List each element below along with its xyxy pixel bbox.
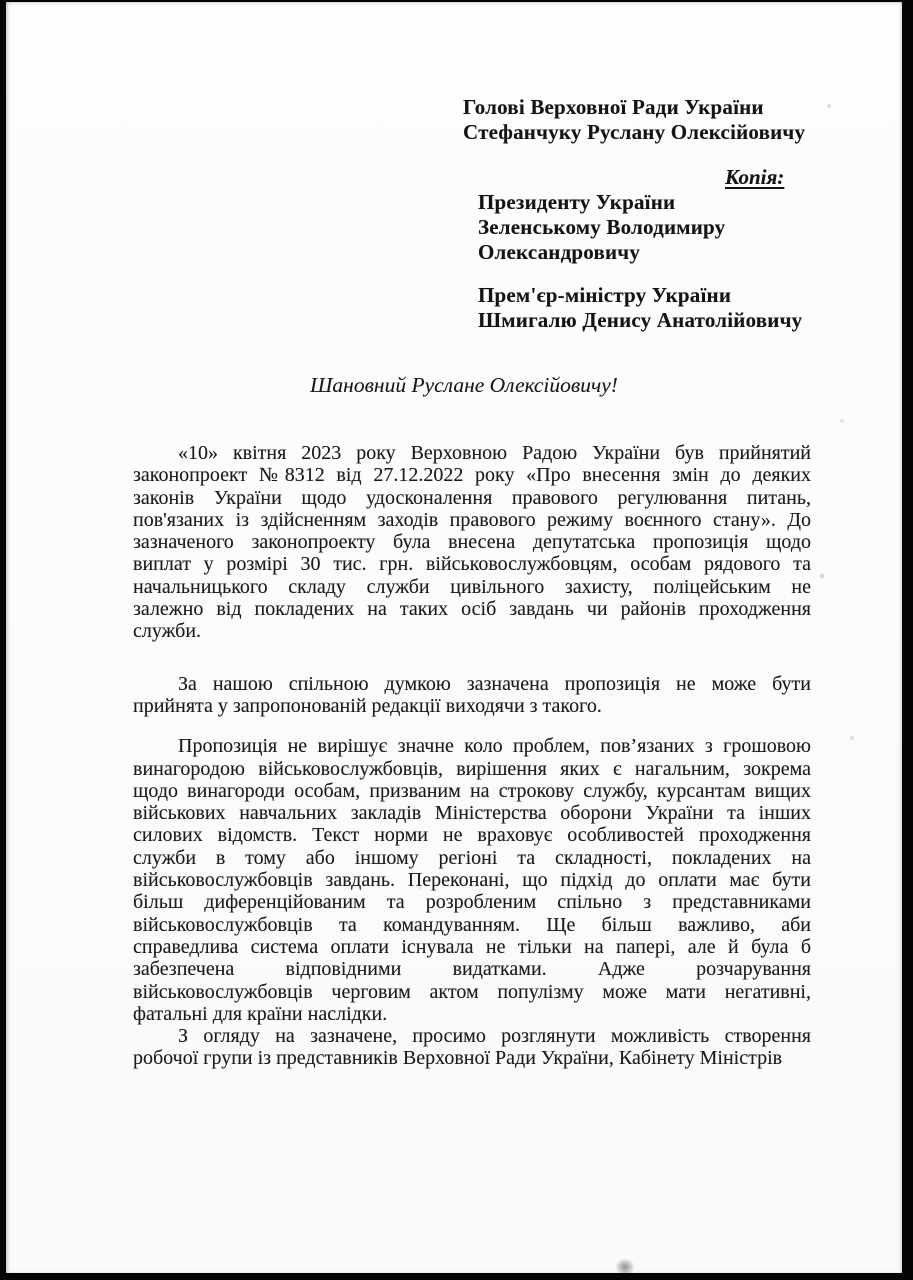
copy-label: Копія: [725,165,784,190]
body-line: залежно від покладених на таких осіб зав… [133,598,811,620]
body-line: законів України щодо удосконалення право… [133,487,811,509]
body-line: прийнята у запропонованій редакції виход… [133,695,811,717]
address-line: Прем'єр-міністру України [478,283,802,308]
body-line: забезпечена відповідними видатками. Адже… [133,958,811,980]
body-line: військовослужбовців завдань. Переконані,… [133,869,811,891]
body-line: начальницького складу служби цивільного … [133,576,811,598]
body-line: винагородою військовослужбовців, вирішен… [133,758,811,780]
body-line: більш диференційованим та розробленим сп… [133,891,811,913]
body-line: робочої групи із представників Верховної… [133,1047,811,1069]
body-line: служби. [133,620,811,642]
body-line: щодо винагороди особам, призваним на стр… [133,780,811,802]
body-line: силових відомств. Текст норми не врахову… [133,824,811,846]
scan-frame: Голові Верховної Ради УкраїниСтефанчуку … [0,0,913,1280]
letter-page: Голові Верховної Ради УкраїниСтефанчуку … [6,2,902,1273]
address-line: Голові Верховної Ради України [463,95,805,120]
body-line: пов'язаних із здійсненням заходів правов… [133,509,811,531]
paragraph-4: З огляду на зазначене, просимо розглянут… [133,1025,811,1070]
salutation-text: Шановний Руслане Олексійовичу! [310,373,618,398]
body-line: військовослужбовців черговим актом попул… [133,981,811,1003]
address-line: Шмигалю Денису Анатолійовичу [478,308,802,333]
body-line: військових навчальних закладів Міністерс… [133,802,811,824]
paragraph-1: «10» квітня 2023 року Верховною Радою Ук… [133,442,811,643]
body-line: служби в тому або іншому регіоні та скла… [133,847,811,869]
body-line: справедлива система оплати існувала не т… [133,936,811,958]
body-line: «10» квітня 2023 року Верховною Радою Ук… [133,442,811,464]
copy-recipient-prime-minister-block: Прем'єр-міністру УкраїниШмигалю Денису А… [478,283,802,333]
scan-noise-specks [6,2,8,4]
address-line: Олександровичу [478,240,725,265]
body-line: За нашою спільною думкою зазначена пропо… [133,673,811,695]
paragraph-3: Пропозиція не вирішує значне коло пробле… [133,735,811,1025]
body-line: законопроект №8312 від 27.12.2022 року «… [133,464,811,486]
body-line: Пропозиція не вирішує значне коло пробле… [133,735,811,757]
address-line: Президенту України [478,190,725,215]
body-line: З огляду на зазначене, просимо розглянут… [133,1025,811,1047]
recipient-primary-block: Голові Верховної Ради УкраїниСтефанчуку … [463,95,805,145]
body-line: зазначеного законопроекту була внесена д… [133,531,811,553]
paragraph-2: За нашою спільною думкою зазначена пропо… [133,673,811,718]
copy-recipient-president-block: Президенту УкраїниЗеленському Володимиру… [478,190,725,265]
address-line: Зеленському Володимиру [478,215,725,240]
body-line: виплат у розмірі 30 тис. грн. військовос… [133,553,811,575]
body-line: фатальні для країни наслідки. [133,1003,811,1025]
letter-body: «10» квітня 2023 року Верховною Радою Ук… [133,442,811,1070]
address-line: Стефанчуку Руслану Олексійовичу [463,120,805,145]
body-line: військовослужбовців та командуванням. Ще… [133,914,811,936]
scan-smudge-bottom [616,1259,634,1273]
